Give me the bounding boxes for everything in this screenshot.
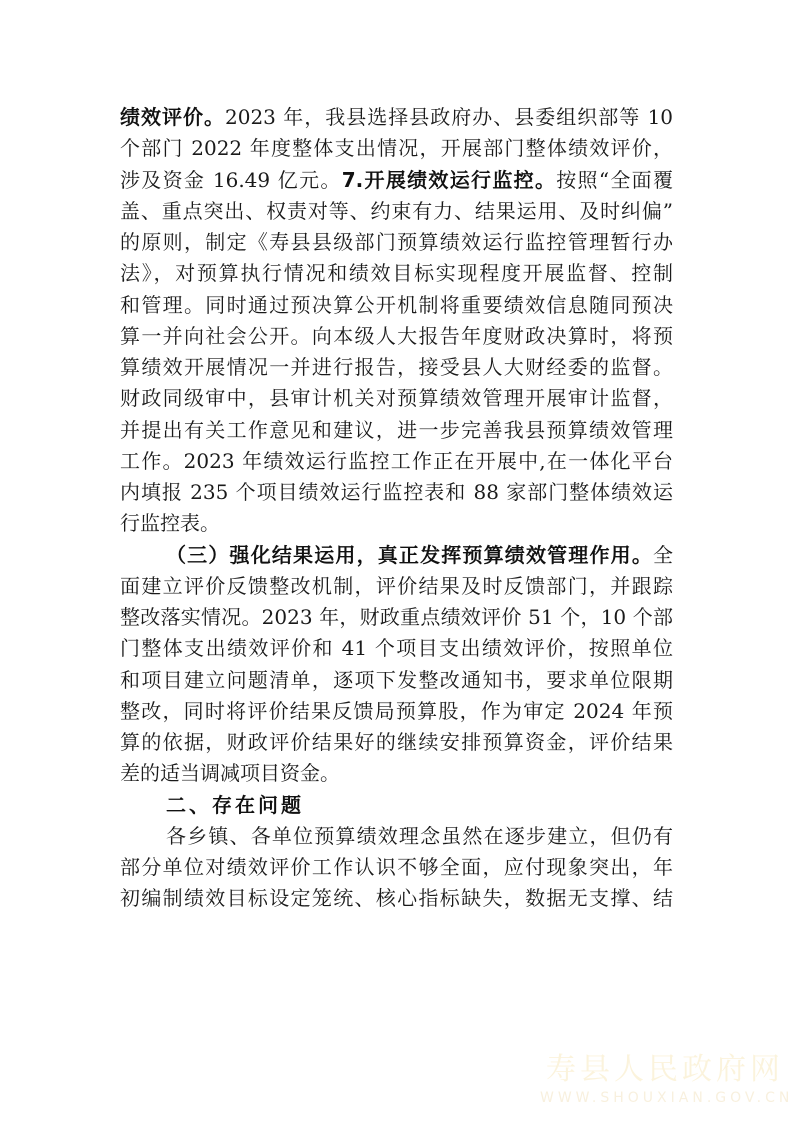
text-line: 算的依据，财政评价结果好的继续安排预算资金，评价结果 [120,727,673,758]
text-segment: 按照“全面覆 [556,168,673,192]
text-line: 算一并向社会公开。向本级人大报告年度财政决算时，将预 [120,321,673,352]
bold-phrase: （三）强化结果运用，真正发挥预算绩效管理作用。 [166,543,653,567]
text-line: 整改，同时将评价结果反馈局预算股，作为审定 2024 年预 [120,696,673,727]
text-segment: 整改落实情况。2023 年，财政重点绩效评价 51 个，10 个部 [120,605,673,629]
document-body: 绩效评价。2023 年，我县选择县政府办、县委组织部等 10个部门 2022 年… [120,102,673,915]
text-line: 个部门 2022 年度整体支出情况，开展部门整体绩效评价， [120,133,673,164]
text-line: 内填报 235 个项目绩效运行监控表和 88 家部门整体绩效运 [120,477,673,508]
text-segment: 财政同级审中，县审计机关对预算绩效管理开展审计监督， [120,386,673,410]
text-segment: 工作。2023 年绩效运行监控工作正在开展中,在一体化平台 [120,449,673,473]
text-segment: 整改，同时将评价结果反馈局预算股，作为审定 2024 年预 [120,699,673,723]
text-segment: 涉及资金 16.49 亿元。 [120,168,342,192]
text-line: 工作。2023 年绩效运行监控工作正在开展中,在一体化平台 [120,446,673,477]
text-segment: 面建立评价反馈整改机制，评价结果及时反馈部门，并跟踪 [120,574,673,598]
text-line: 涉及资金 16.49 亿元。7.开展绩效运行监控。按照“全面覆 [120,165,673,196]
text-segment: 盖、重点突出、权责对等、约束有力、结果运用、及时纠偏” [120,199,673,223]
bold-phrase: 二、存在问题 [166,793,304,817]
document-page: 绩效评价。2023 年，我县选择县政府办、县委组织部等 10个部门 2022 年… [0,0,793,1122]
text-segment: 和项目建立问题清单，逐项下发整改通知书，要求单位限期 [120,668,673,692]
text-segment: 算的依据，财政评价结果好的继续安排预算资金，评价结果 [120,730,673,754]
text-segment: 门整体支出绩效评价和 41 个项目支出绩效评价，按照单位 [120,636,673,660]
section-heading: 二、存在问题 [120,790,673,821]
text-line: 差的适当调减项目资金。 [120,758,673,789]
text-segment: 个部门 2022 年度整体支出情况，开展部门整体绩效评价， [120,136,673,160]
text-line: 盖、重点突出、权责对等、约束有力、结果运用、及时纠偏” [120,196,673,227]
text-segment: 并提出有关工作意见和建议，进一步完善我县预算绩效管理 [120,418,673,442]
text-line: 算绩效开展情况一并进行报告，接受县人大财经委的监督。 [120,352,673,383]
bold-phrase: 7.开展绩效运行监控。 [342,168,557,192]
text-segment: 2023 年，我县选择县政府办、县委组织部等 10 [225,105,673,129]
text-line: 初编制绩效目标设定笼统、核心指标缺失，数据无支撑、结 [120,883,673,914]
text-line: （三）强化结果运用，真正发挥预算绩效管理作用。全 [120,540,673,571]
text-segment: 初编制绩效目标设定笼统、核心指标缺失，数据无支撑、结 [120,886,673,910]
text-line: 面建立评价反馈整改机制，评价结果及时反馈部门，并跟踪 [120,571,673,602]
text-segment: 各乡镇、各单位预算绩效理念虽然在逐步建立，但仍有 [166,824,673,848]
text-segment: 差的适当调减项目资金。 [120,761,340,785]
text-segment: 行监控表。 [120,511,220,535]
text-line: 财政同级审中，县审计机关对预算绩效管理开展审计监督， [120,383,673,414]
text-line: 各乡镇、各单位预算绩效理念虽然在逐步建立，但仍有 [120,821,673,852]
text-segment: 的原则，制定《寿县县级部门预算绩效运行监控管理暂行办 [120,230,673,254]
text-segment: 内填报 235 个项目绩效运行监控表和 88 家部门整体绩效运 [120,480,673,504]
text-line: 和项目建立问题清单，逐项下发整改通知书，要求单位限期 [120,665,673,696]
watermark-url: WWW.SHOUXIAN.GOV.CN [540,1088,790,1108]
text-segment: 部分单位对绩效评价工作认识不够全面，应付现象突出，年 [120,855,673,879]
text-segment: 算一并向社会公开。向本级人大报告年度财政决算时，将预 [120,324,673,348]
bold-phrase: 绩效评价。 [120,105,225,129]
text-line: 法》，对预算执行情况和绩效目标实现程度开展监督、控制 [120,258,673,289]
text-segment: 算绩效开展情况一并进行报告，接受县人大财经委的监督。 [120,355,673,379]
watermark-title: 寿县人民政府网 [540,1052,790,1088]
text-line: 部分单位对绩效评价工作认识不够全面，应付现象突出，年 [120,852,673,883]
text-segment: 法》，对预算执行情况和绩效目标实现程度开展监督、控制 [120,261,673,285]
text-line: 门整体支出绩效评价和 41 个项目支出绩效评价，按照单位 [120,633,673,664]
text-segment: 全 [653,543,673,567]
text-line: 整改落实情况。2023 年，财政重点绩效评价 51 个，10 个部 [120,602,673,633]
text-line: 并提出有关工作意见和建议，进一步完善我县预算绩效管理 [120,415,673,446]
text-segment: 和管理。同时通过预决算公开机制将重要绩效信息随同预决 [120,293,673,317]
text-line: 和管理。同时通过预决算公开机制将重要绩效信息随同预决 [120,290,673,321]
text-line: 绩效评价。2023 年，我县选择县政府办、县委组织部等 10 [120,102,673,133]
text-line: 的原则，制定《寿县县级部门预算绩效运行监控管理暂行办 [120,227,673,258]
text-line: 行监控表。 [120,508,673,539]
watermark: 寿县人民政府网 WWW.SHOUXIAN.GOV.CN [540,1052,790,1108]
